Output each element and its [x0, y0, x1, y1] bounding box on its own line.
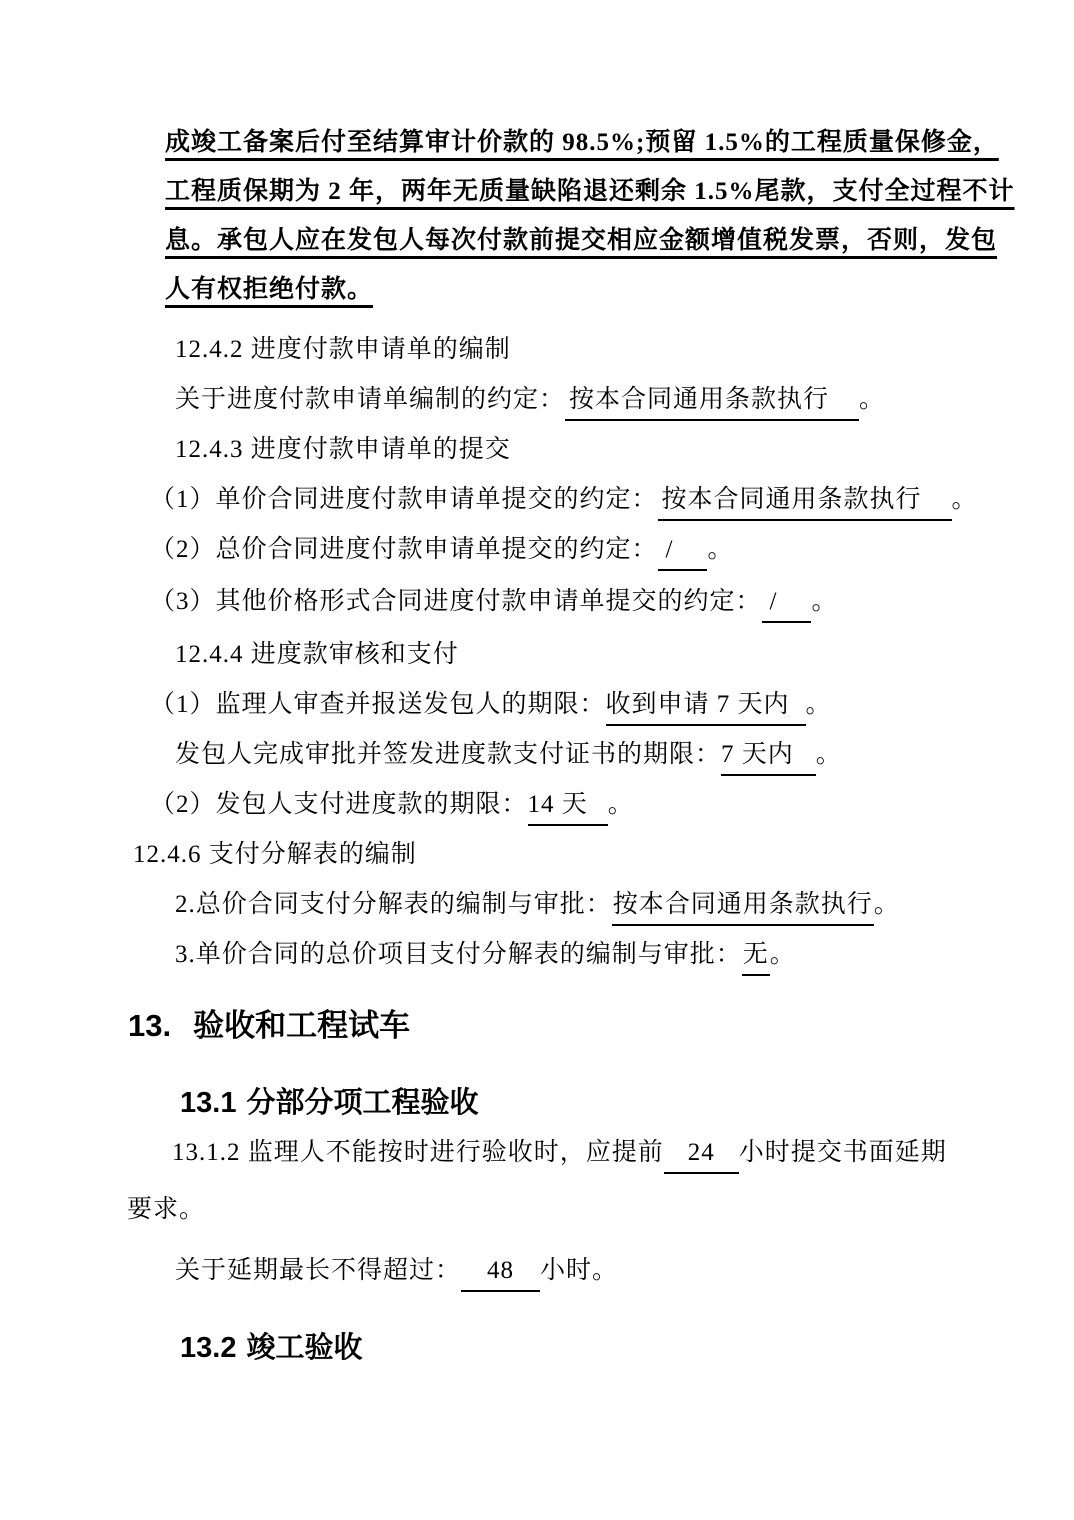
filled-blank: 按本合同通用条款执行 — [658, 484, 952, 521]
sentence-end: 。 — [811, 588, 837, 615]
clause-label: 发包人完成审批并签发进度款支付证书的期限： — [175, 741, 721, 768]
clause-label: 3.单价合同的总价项目支付分解表的编制与审批： — [175, 941, 742, 968]
sentence-end: 小时。 — [540, 1257, 618, 1284]
clause-label: （2）总价合同进度付款申请单提交的约定： — [150, 536, 658, 563]
sentence-end: 。 — [806, 691, 832, 718]
sentence-end: 。 — [770, 941, 796, 968]
section-13-2-heading: 13.2竣工验收 — [180, 1327, 957, 1369]
clause-line-12-4-2: 关于进度付款申请单编制的约定：按本合同通用条款执行。 — [175, 375, 957, 425]
clause-label: 关于进度付款申请单编制的约定： — [175, 386, 565, 413]
filled-blank: 7 天内 — [721, 739, 816, 776]
clause-line-3: 3.单价合同的总价项目支付分解表的编制与审批：无。 — [175, 930, 957, 980]
clause-item-2: （2）总价合同进度付款申请单提交的约定：/。 — [150, 525, 957, 575]
intro-line: 工程质保期为 2 年，两年无质量缺陷退还剩余 1.5%尾款，支付全过程不计 — [165, 167, 948, 216]
clause-text: 13.1.2 监理人不能按时进行验收时，应提前 — [172, 1139, 664, 1166]
section-13-heading: 13.验收和工程试车 — [128, 1004, 957, 1048]
intro-line: 成竣工备案后付至结算审计价款的 98.5%;预留 1.5%的工程质量保修金， — [165, 118, 948, 167]
sentence-end: 。 — [707, 536, 733, 563]
clause-13-1-2-wrap-line: 要求。 — [127, 1181, 957, 1238]
clause-heading-12-4-3: 12.4.3 进度付款申请单的提交 — [175, 425, 957, 475]
section-title: 验收和工程试车 — [193, 1008, 410, 1043]
filled-blank: / — [762, 586, 812, 623]
sentence-end: 。 — [859, 386, 885, 413]
filled-blank: 按本合同通用条款执行 — [565, 384, 859, 421]
page-content: 成竣工备案后付至结算审计价款的 98.5%;预留 1.5%的工程质量保修金， 工… — [0, 0, 1074, 1369]
filled-blank: / — [658, 534, 708, 571]
clause-line: 发包人完成审批并签发进度款支付证书的期限：7 天内。 — [175, 730, 957, 780]
clause-item-1: （1）单价合同进度付款申请单提交的约定：按本合同通用条款执行。 — [150, 475, 957, 525]
clause-text: 小时提交书面延期 — [739, 1139, 947, 1166]
clause-label: （1）监理人审查并报送发包人的期限： — [150, 691, 606, 718]
clause-label: 2.总价合同支付分解表的编制与审批： — [175, 891, 612, 918]
clause-heading-12-4-4: 12.4.4 进度款审核和支付 — [175, 630, 957, 680]
filled-blank: 收到申请 7 天内 — [606, 689, 806, 726]
clause-heading-12-4-2: 12.4.2 进度付款申请单的编制 — [175, 325, 957, 375]
intro-line: 息。承包人应在发包人每次付款前提交相应金额增值税发票，否则，发包 — [165, 216, 948, 265]
section-number: 13. — [128, 1008, 171, 1043]
sentence-end: 。 — [952, 486, 978, 513]
clause-13-1-2-line: 13.1.2 监理人不能按时进行验收时，应提前24小时提交书面延期 — [172, 1124, 957, 1181]
clause-line-2: 2.总价合同支付分解表的编制与审批：按本合同通用条款执行。 — [175, 880, 957, 930]
clause-label: （1）单价合同进度付款申请单提交的约定： — [150, 486, 658, 513]
sentence-end: 。 — [874, 891, 900, 918]
section-number: 13.1 — [180, 1087, 236, 1119]
clause-label: （2）发包人支付进度款的期限： — [150, 791, 528, 818]
filled-blank: 14 天 — [528, 789, 608, 826]
sentence-end: 。 — [816, 741, 842, 768]
intro-line: 人有权拒绝付款。 — [165, 265, 948, 314]
section-title: 分部分项工程验收 — [246, 1087, 478, 1119]
filled-blank: 无 — [742, 939, 770, 976]
clause-label: 关于延期最长不得超过： — [175, 1257, 461, 1284]
clause-item-1: （1）监理人审查并报送发包人的期限：收到申请 7 天内。 — [150, 680, 957, 730]
clause-label: （3）其他价格形式合同进度付款申请单提交的约定： — [150, 588, 762, 615]
document-page: 成竣工备案后付至结算审计价款的 98.5%;预留 1.5%的工程质量保修金， 工… — [0, 0, 1074, 1520]
section-number: 13.2 — [180, 1332, 236, 1364]
clause-heading-12-4-6: 12.4.6 支付分解表的编制 — [133, 830, 957, 880]
section-13-1-heading: 13.1分部分项工程验收 — [180, 1082, 957, 1124]
clause-item-3: （3）其他价格形式合同进度付款申请单提交的约定：/。 — [150, 577, 957, 627]
section-title: 竣工验收 — [246, 1332, 362, 1364]
filled-blank: 48 — [461, 1255, 540, 1292]
filled-blank: 按本合同通用条款执行 — [612, 889, 874, 926]
clause-item-2: （2）发包人支付进度款的期限：14 天。 — [150, 780, 957, 830]
intro-paragraph: 成竣工备案后付至结算审计价款的 98.5%;预留 1.5%的工程质量保修金， 工… — [165, 118, 948, 314]
delay-limit-line: 关于延期最长不得超过：48小时。 — [175, 1246, 957, 1296]
sentence-end: 。 — [608, 791, 634, 818]
filled-blank: 24 — [664, 1137, 739, 1174]
